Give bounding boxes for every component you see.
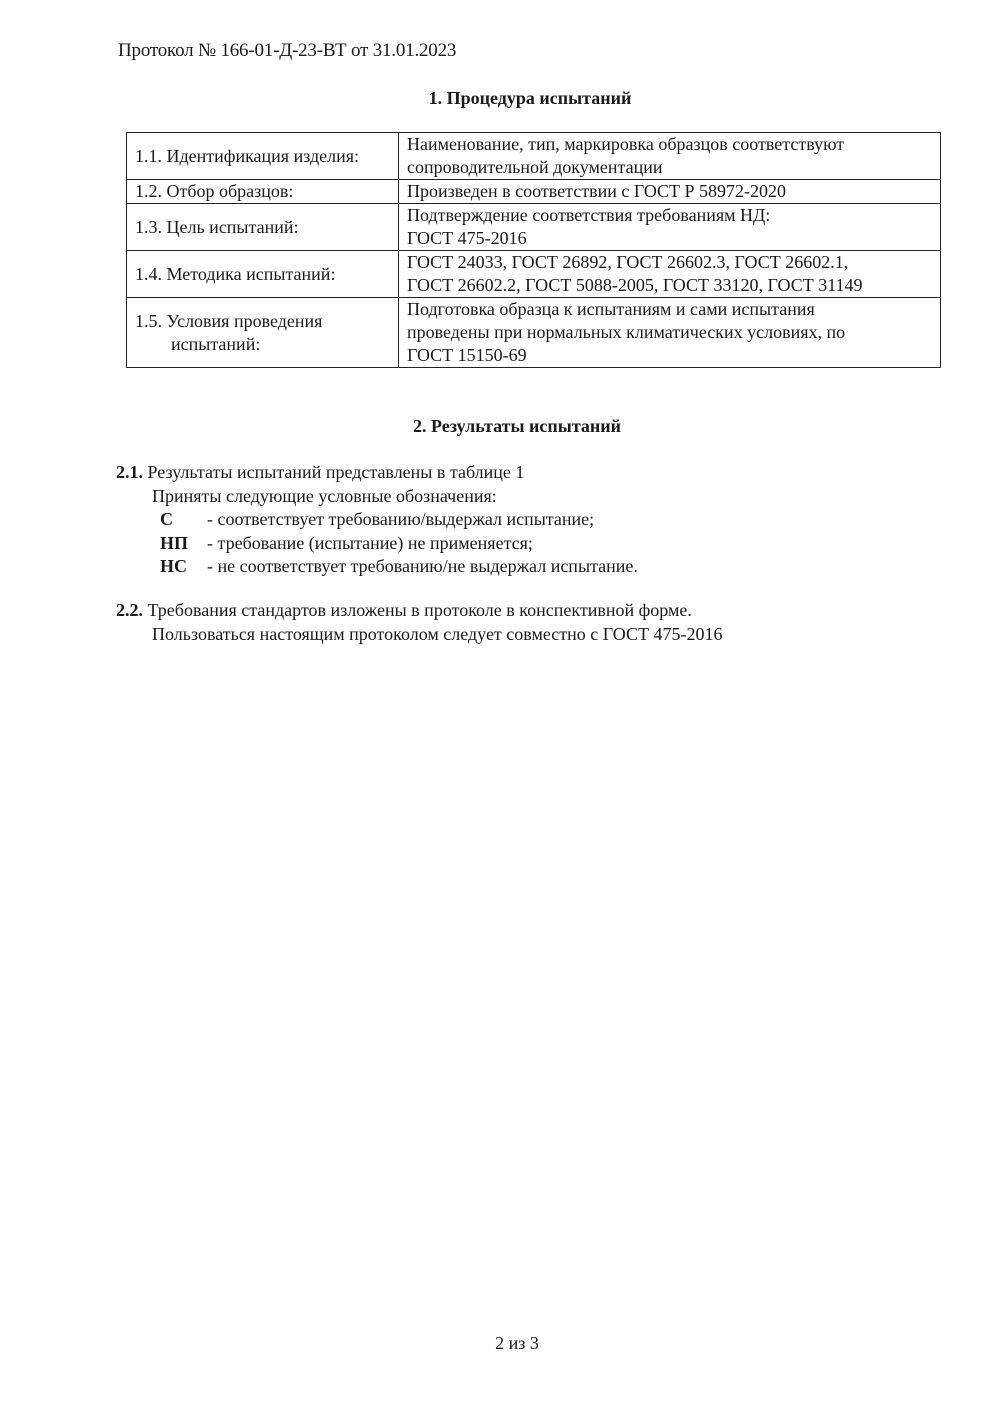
legend-code: НП [160,532,207,556]
paragraph-number: 2.2. [116,600,143,620]
value-line: ГОСТ 15150-69 [407,344,932,367]
section-2-heading: 2. Результаты испытаний [0,416,992,437]
protocol-header: Протокол № 166-01-Д-23-ВТ от 31.01.2023 [118,40,456,62]
row-value: Подтверждение соответствия требованиям Н… [399,204,941,251]
row-key: 1.5. Условия проведения испытаний: [127,298,399,368]
table-row: 1.3. Цель испытаний: Подтверждение соотв… [127,204,941,251]
paragraph-text: Пользоваться настоящим протоколом следуе… [116,623,722,647]
legend-text: - соответствует требованию/выдержал испы… [207,508,594,532]
paragraph-text: Требования стандартов изложены в протоко… [148,600,692,620]
legend-item: НС - не соответствует требованию/не выде… [116,555,638,579]
table-row: 1.5. Условия проведения испытаний: Подго… [127,298,941,368]
section-1-heading: 1. Процедура испытаний [0,88,992,109]
row-value: Произведен в соответствии с ГОСТ Р 58972… [399,180,941,204]
paragraph-number: 2.1. [116,462,143,482]
page-number: 2 из 3 [0,1333,992,1354]
value-line: Подготовка образца к испытаниям и сами и… [407,298,932,321]
legend-code: С [160,508,207,532]
row-value: Подготовка образца к испытаниям и сами и… [399,298,941,368]
legend-item: С - соответствует требованию/выдержал ис… [116,508,638,532]
row-key: 1.1. Идентификация изделия: [127,133,399,180]
value-line: сопроводительной документации [407,156,932,179]
value-line: проведены при нормальных климатических у… [407,321,932,344]
paragraph-text: Результаты испытаний представлены в табл… [148,462,525,482]
row-key: 1.4. Методика испытаний: [127,251,399,298]
key-line: 1.5. Условия проведения [135,310,390,333]
value-line: ГОСТ 24033, ГОСТ 26892, ГОСТ 26602.3, ГО… [407,251,932,274]
value-line: Произведен в соответствии с ГОСТ Р 58972… [407,180,932,203]
table-row: 1.4. Методика испытаний: ГОСТ 24033, ГОС… [127,251,941,298]
legend-code: НС [160,555,207,579]
procedure-table: 1.1. Идентификация изделия: Наименование… [126,132,941,368]
value-line: Наименование, тип, маркировка образцов с… [407,133,932,156]
paragraph-2-2: 2.2. Требования стандартов изложены в пр… [116,599,722,646]
value-line: ГОСТ 26602.2, ГОСТ 5088-2005, ГОСТ 33120… [407,274,932,297]
value-line: Подтверждение соответствия требованиям Н… [407,204,932,227]
row-key: 1.2. Отбор образцов: [127,180,399,204]
legend-text: - требование (испытание) не применяется; [207,532,533,556]
table-row: 1.1. Идентификация изделия: Наименование… [127,133,941,180]
value-line: ГОСТ 475-2016 [407,227,932,250]
row-value: ГОСТ 24033, ГОСТ 26892, ГОСТ 26602.3, ГО… [399,251,941,298]
legend-text: - не соответствует требованию/не выдержа… [207,555,638,579]
key-line: испытаний: [135,333,390,356]
paragraph-2-1: 2.1. Результаты испытаний представлены в… [116,461,638,579]
row-key: 1.3. Цель испытаний: [127,204,399,251]
row-value: Наименование, тип, маркировка образцов с… [399,133,941,180]
paragraph-text: Приняты следующие условные обозначения: [116,485,638,509]
legend-item: НП - требование (испытание) не применяет… [116,532,638,556]
table-row: 1.2. Отбор образцов: Произведен в соотве… [127,180,941,204]
